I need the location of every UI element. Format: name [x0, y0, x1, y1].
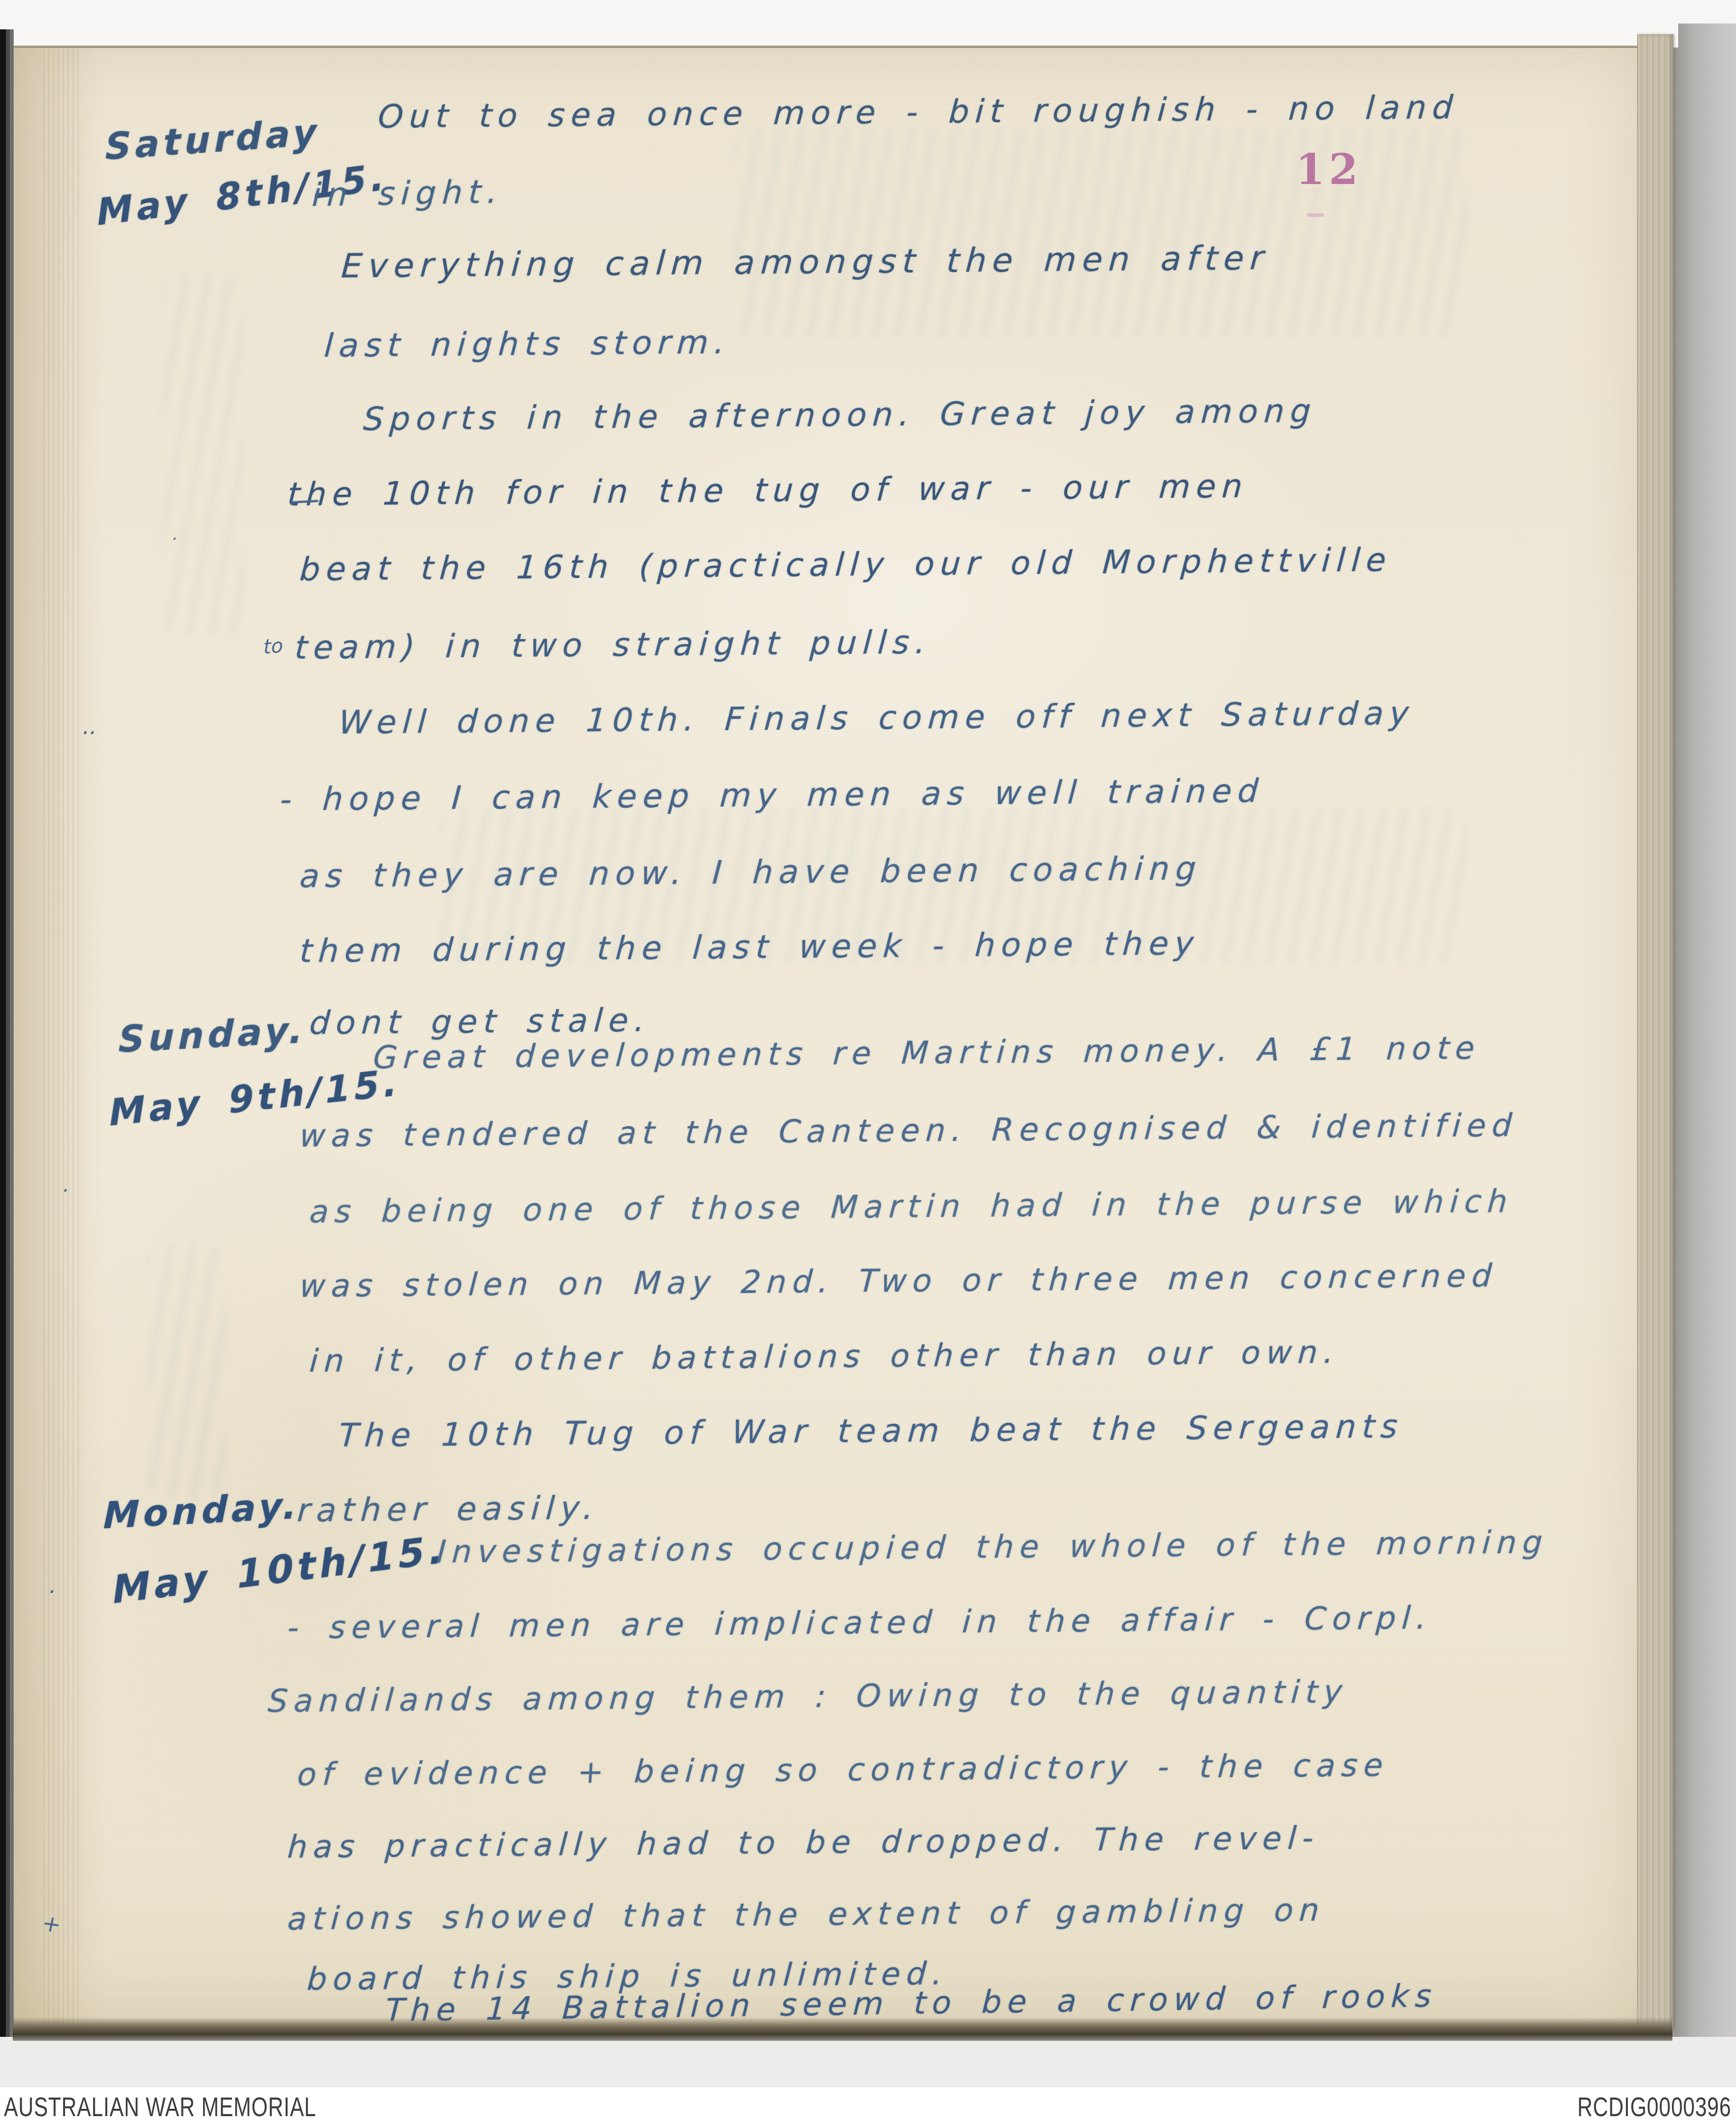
ink-mark: · [171, 530, 178, 549]
page-bottom-edge-shadow [13, 2017, 1672, 2041]
ink-mark: — [289, 481, 320, 518]
page-number-stamp: 12 [1296, 145, 1362, 194]
page-number-underline [1307, 213, 1324, 217]
ink-mark: ·· [80, 719, 96, 746]
footer-bar: AUSTRALIAN WAR MEMORIAL RCDIG0000396 [0, 2087, 1736, 2123]
ink-marks-layer: to—·····+ [0, 0, 1736, 2123]
ink-mark: · [61, 1178, 69, 1202]
ink-mark: to [263, 635, 283, 659]
ink-mark: + [40, 1910, 64, 1938]
scan-top-margin-left [14, 0, 1678, 47]
page-stack-edge [1637, 34, 1673, 2030]
ink-mark: · [47, 1580, 56, 1605]
footer-institution-label: AUSTRALIAN WAR MEMORIAL [4, 2087, 316, 2123]
scan-bottom-margin [0, 2037, 1736, 2087]
scan-right-background [1671, 23, 1736, 2087]
footer-record-id: RCDIG0000396 [1577, 2087, 1731, 2123]
